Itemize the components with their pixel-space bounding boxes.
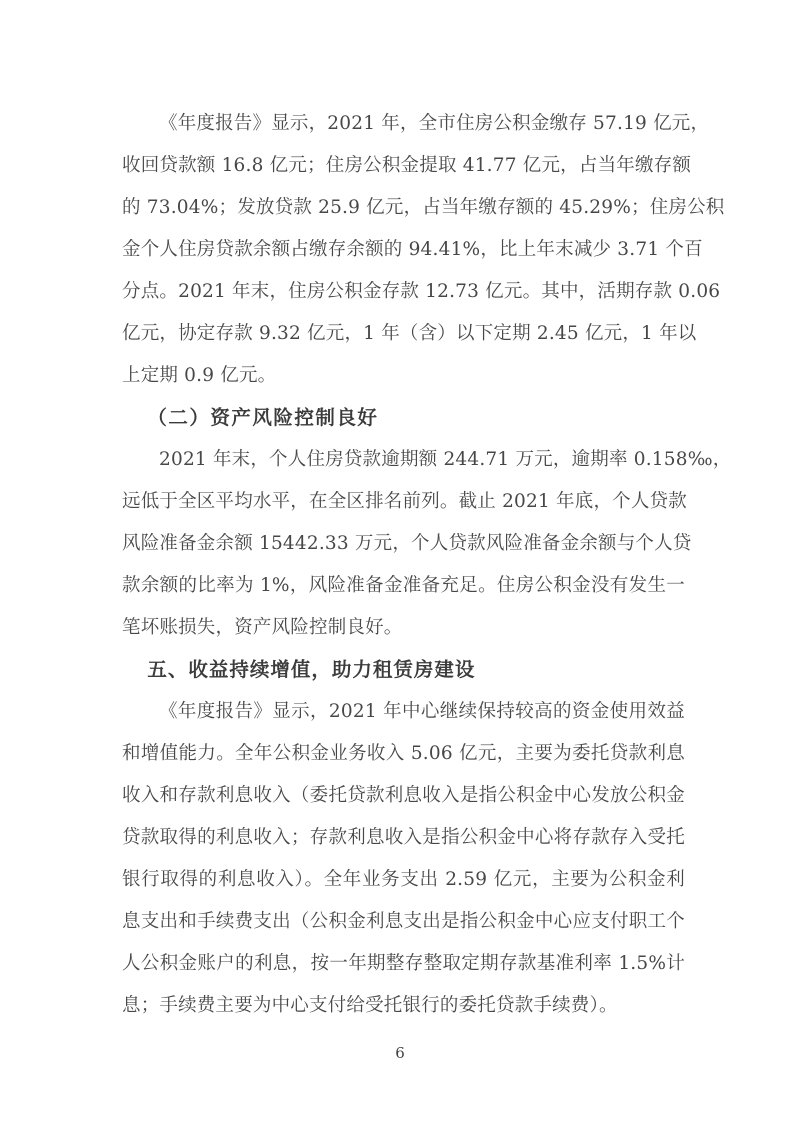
text-line: 收入和存款利息收入（委托贷款利息收入是指公积金中心发放公积金	[122, 775, 685, 817]
text-line: 收回贷款额 16.8 亿元；住房公积金提取 41.77 亿元，占当年缴存额	[122, 145, 685, 187]
text-line: 《年度报告》显示，2021 年，全市住房公积金缴存 57.19 亿元，	[122, 103, 685, 145]
text-line: 金个人住房贷款余额占缴存余额的 94.41%，比上年末减少 3.71 个百	[122, 229, 685, 271]
paragraph: 《年度报告》显示，2021 年，全市住房公积金缴存 57.19 亿元，收回贷款额…	[122, 103, 685, 397]
text-line: 息；手续费主要为中心支付给受托银行的委托贷款手续费）。	[122, 985, 685, 1027]
text-line: 风险准备金余额 15442.33 万元，个人贷款风险准备金余额与个人贷	[122, 523, 685, 565]
text-line: 贷款取得的利息收入；存款利息收入是指公积金中心将存款存入受托	[122, 817, 685, 859]
text-line: 笔坏账损失，资产风险控制良好。	[122, 607, 685, 649]
text-line: 亿元，协定存款 9.32 亿元，1 年（含）以下定期 2.45 亿元，1 年以	[122, 313, 685, 355]
text-line: 五、收益持续增值，助力租赁房建设	[122, 649, 685, 691]
text-line: 远低于全区平均水平，在全区排名前列。截止 2021 年底，个人贷款	[122, 481, 685, 523]
paragraph: 《年度报告》显示，2021 年中心继续保持较高的资金使用效益和增值能力。全年公积…	[122, 691, 685, 1027]
text-line: 《年度报告》显示，2021 年中心继续保持较高的资金使用效益	[122, 691, 685, 733]
text-line: 和增值能力。全年公积金业务收入 5.06 亿元，主要为委托贷款利息	[122, 733, 685, 775]
text-line: （二）资产风险控制良好	[122, 397, 685, 439]
paragraph: 2021 年末，个人住房贷款逾期额 244.71 万元，逾期率 0.158‰，远…	[122, 439, 685, 649]
text-line: 银行取得的利息收入）。全年业务支出 2.59 亿元，主要为公积金利	[122, 859, 685, 901]
text-line: 人公积金账户的利息，按一年期整存整取定期存款基准利率 1.5%计	[122, 943, 685, 985]
text-line: 息支出和手续费支出（公积金利息支出是指公积金中心应支付职工个	[122, 901, 685, 943]
text-line: 的 73.04%；发放贷款 25.9 亿元，占当年缴存额的 45.29%；住房公…	[122, 187, 685, 229]
text-line: 款余额的比率为 1%，风险准备金准备充足。住房公积金没有发生一	[122, 565, 685, 607]
text-line: 分点。2021 年末，住房公积金存款 12.73 亿元。其中，活期存款 0.06	[122, 271, 685, 313]
section-heading: （二）资产风险控制良好	[122, 397, 685, 439]
section-heading: 五、收益持续增值，助力租赁房建设	[122, 649, 685, 691]
document-page: 《年度报告》显示，2021 年，全市住房公积金缴存 57.19 亿元，收回贷款额…	[0, 0, 800, 1131]
text-line: 上定期 0.9 亿元。	[122, 355, 685, 397]
page-number: 6	[0, 1044, 800, 1062]
text-line: 2021 年末，个人住房贷款逾期额 244.71 万元，逾期率 0.158‰，	[122, 439, 685, 481]
document-content: 《年度报告》显示，2021 年，全市住房公积金缴存 57.19 亿元，收回贷款额…	[122, 103, 685, 1027]
